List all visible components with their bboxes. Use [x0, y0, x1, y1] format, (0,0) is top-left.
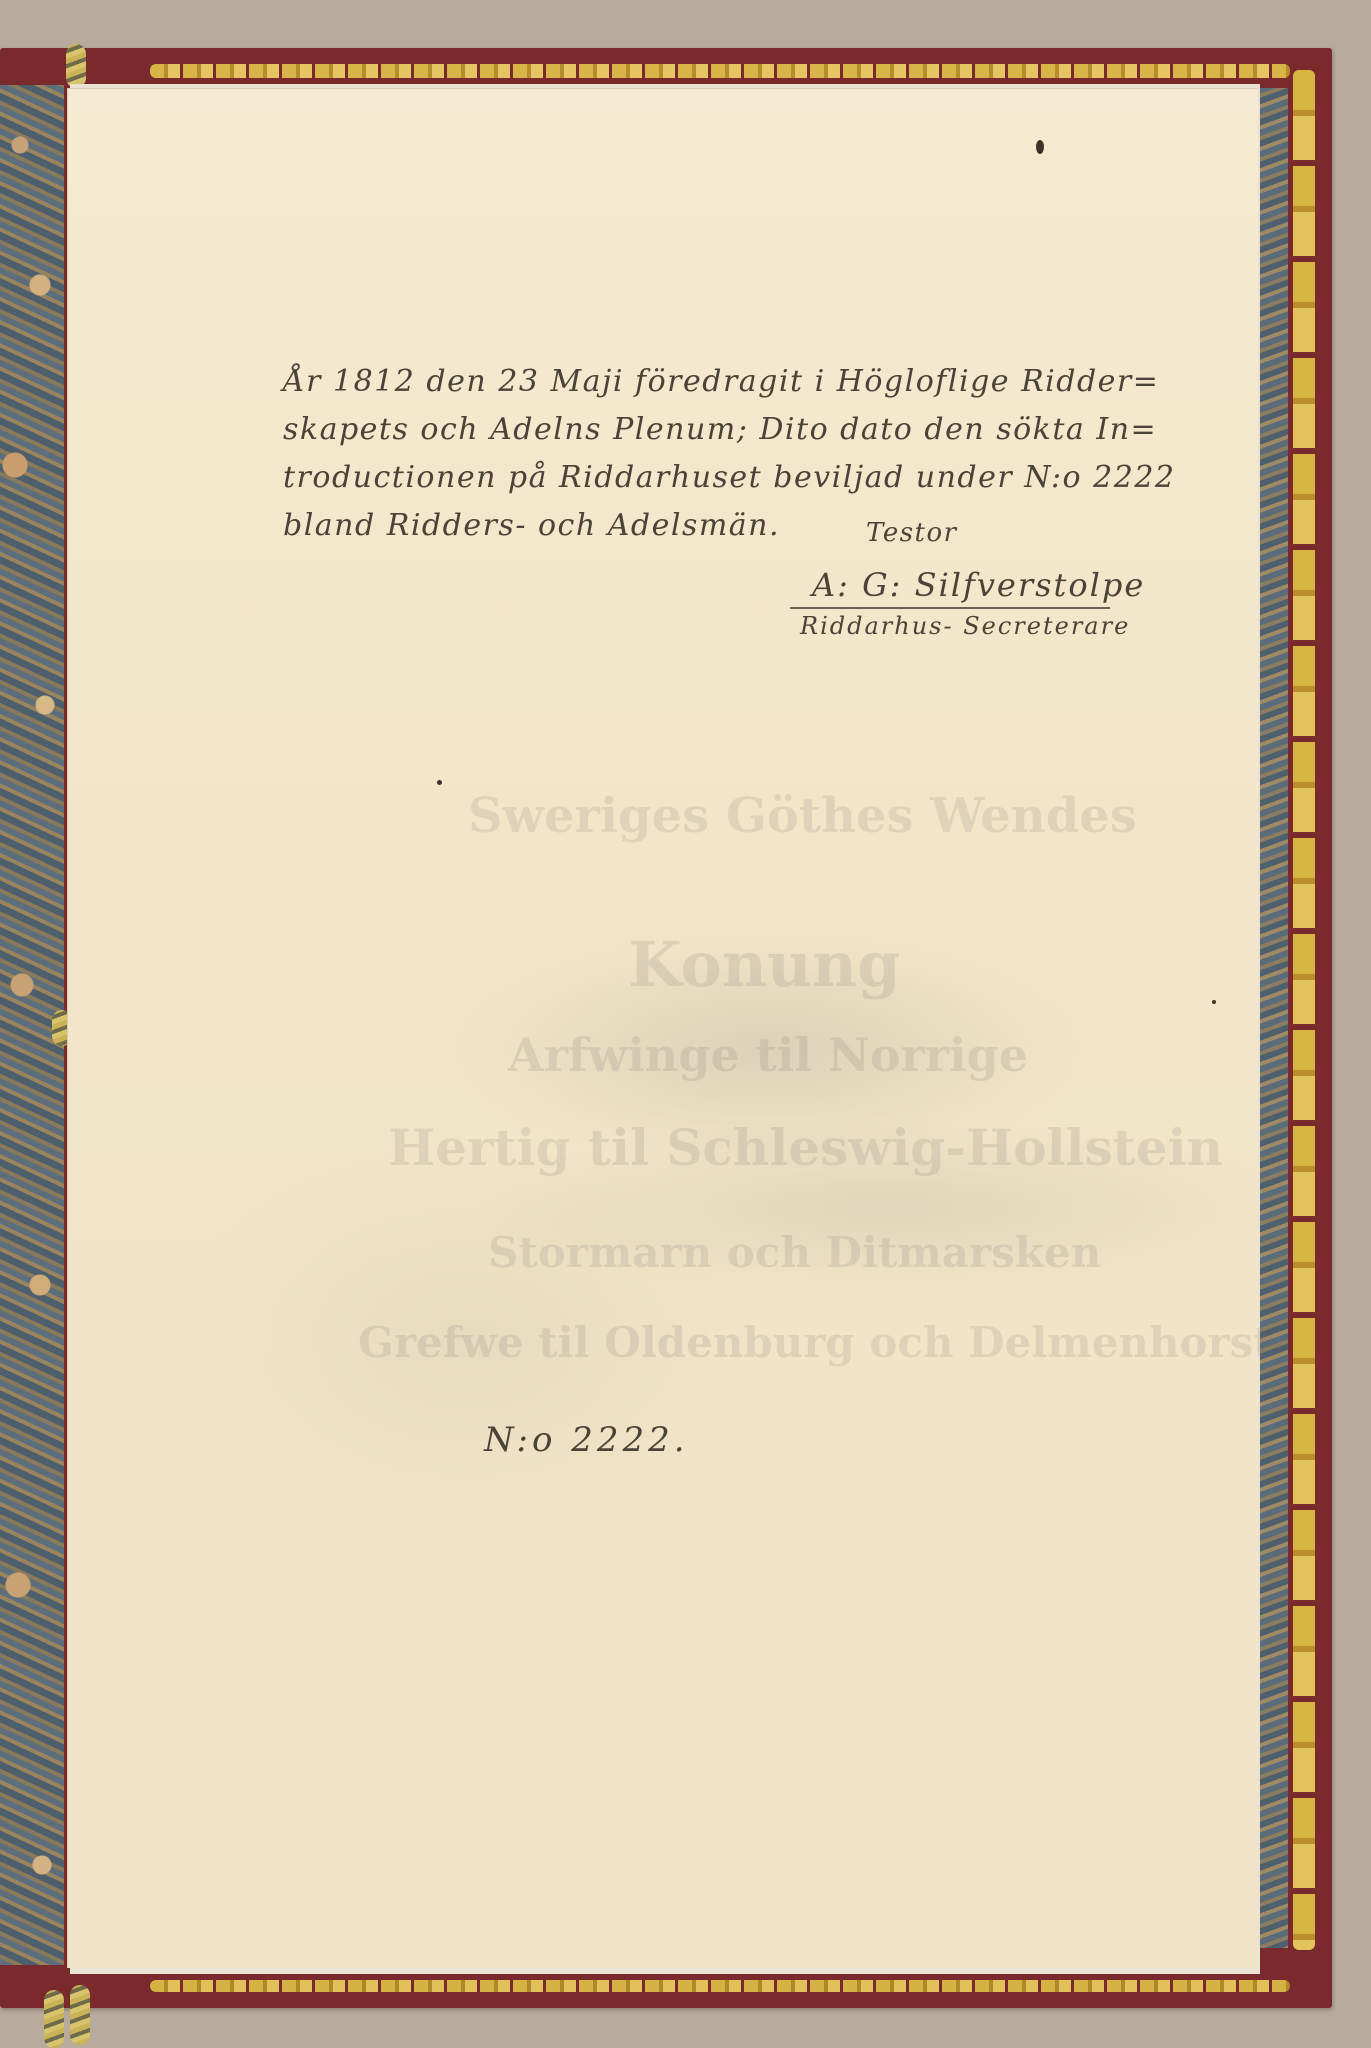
bleed-line-4: Hertig til Schleswig-Hollstein	[388, 1118, 1223, 1177]
annotation-line-4: bland Ridders- och Adelsmän.	[283, 502, 1243, 550]
registration-number: N:o 2222.	[484, 1420, 689, 1460]
annotation-line-3: troductionen på Riddarhuset beviljad und…	[283, 454, 1243, 502]
bleed-line-1: Sweriges Göthes Wendes	[468, 788, 1137, 844]
bleed-line-5: Stormarn och Ditmarsken	[488, 1228, 1101, 1277]
signatory-title: Riddarhus- Secreterare	[800, 612, 1130, 640]
annotation-line-1: År 1812 den 23 Maji föredragit i Höglofl…	[283, 358, 1243, 406]
signature: A: G: Silfverstolpe	[812, 566, 1145, 604]
introduction-annotation: År 1812 den 23 Maji föredragit i Höglofl…	[283, 358, 1243, 550]
ink-spot	[1036, 140, 1044, 154]
attestation-label: Testor	[866, 518, 958, 548]
gilt-border-right	[1293, 70, 1315, 1950]
bleed-line-6: Grefwe til Oldenburg och Delmenhorst	[358, 1318, 1273, 1367]
gilt-border-bottom	[150, 1980, 1290, 1992]
silk-cord-bottom	[44, 1990, 64, 2048]
signature-underline	[790, 607, 1110, 609]
silk-cord-bottom-2	[70, 1985, 90, 2045]
ink-speck	[437, 780, 442, 785]
ink-speck-2	[1212, 1000, 1216, 1004]
bleed-line-3: Arfwinge til Norrige	[508, 1028, 1028, 1082]
gilt-border-top	[150, 64, 1290, 78]
bleed-line-2: Konung	[628, 928, 900, 1001]
annotation-line-2: skapets och Adelns Plenum; Dito dato den…	[283, 406, 1243, 454]
silk-cord-top	[66, 44, 86, 88]
marbled-endpaper-right	[1258, 88, 1288, 1948]
